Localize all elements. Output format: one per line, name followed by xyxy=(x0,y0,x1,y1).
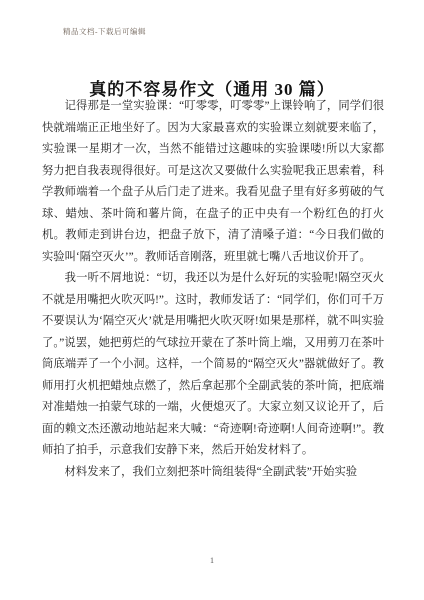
header-watermark-note: 精品文档-下载后可编辑 xyxy=(63,26,146,37)
paragraph: 记得那是一堂实验课：“叮零零，叮零零”上课铃响了，同学们很快就端端正正地坐好了。… xyxy=(42,96,384,268)
document-body: 记得那是一堂实验课：“叮零零，叮零零”上课铃响了，同学们很快就端端正正地坐好了。… xyxy=(42,96,384,483)
paragraph: 我一听不屑地说：“切，我还以为是什么好玩的实验呢!隔空灭火不就是用嘴把火吹灭吗!… xyxy=(42,268,384,462)
document-page: 精品文档-下载后可编辑 真的不容易作文（通用 30 篇） 记得那是一堂实验课：“… xyxy=(0,0,424,600)
page-number: 1 xyxy=(0,556,424,565)
paragraph: 材料发来了，我们立刻把茶叶筒组装得“全副武装”开始实验 xyxy=(42,462,384,484)
